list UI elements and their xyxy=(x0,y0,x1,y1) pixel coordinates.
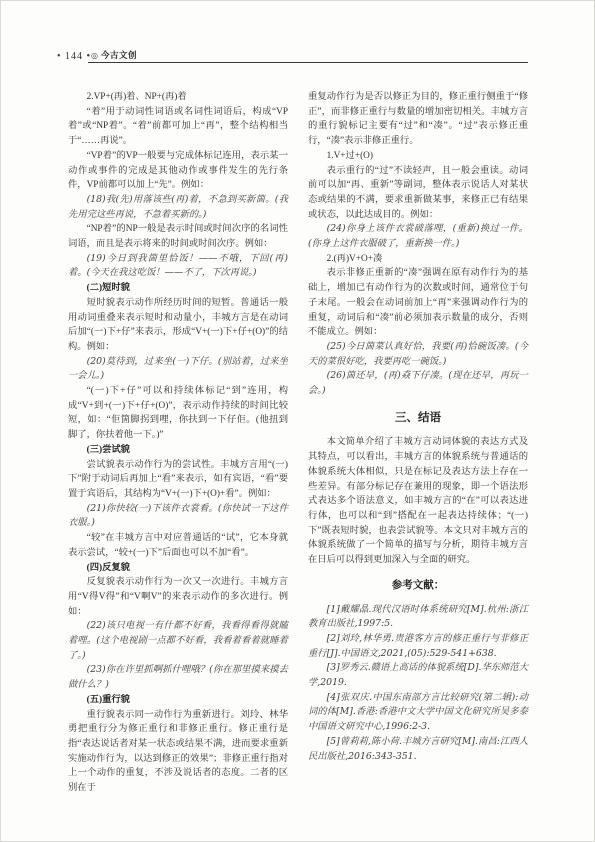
body-paragraph: 表示非修正重新的“凑”强调在原有动作行为的基础上，增加已有动作行为的次数或时间，… xyxy=(308,266,528,340)
reference-item: [3]罗秀云.赣语上高话的体貌系统[D].华东师范大学,2019. xyxy=(308,661,528,690)
dialect-example: (26)箇还早，(再)猋下仔凑。(现在还早，再玩一会。) xyxy=(308,369,528,398)
body-paragraph: 重行貌表示同一动作行为重新进行。刘玲、林华勇把重行分为修正重行和非修正重行。修正… xyxy=(68,708,288,796)
body-paragraph: 尝试貌表示动作行为的尝试性。丰城方言用“(一)下”附于动词后再加上“看”来表示，… xyxy=(68,458,288,502)
article-body: 2.VP+(再)着、NP+(再)着“着”用于动词性词语或名词性词语后，构成“VP… xyxy=(68,90,528,796)
body-paragraph: “较”在丰城方言中对应普通话的“试”，它本身就表示尝试，“较+(一)下”后面也可… xyxy=(68,531,288,560)
journal-seal-icon: ◎ xyxy=(90,51,99,60)
dialect-example: (24)你身上该件衣裳破落哩，(重新)换过一件。(你身上这件衣服破了，重新换一件… xyxy=(308,222,528,251)
section-heading: (二)短时貌 xyxy=(68,281,288,296)
body-paragraph: 本文简单介绍了丰城方言动词体貌的表达方式及其特点，可以看出，丰城方言的体貌系统与… xyxy=(308,435,528,567)
header-rule xyxy=(88,62,528,63)
body-paragraph: “(一)下+仔”可以和持续体标记“到”连用，构成“V+到+(一)下+仔+(O)”… xyxy=(68,384,288,443)
references-heading: 参考文献： xyxy=(308,579,528,594)
pattern-subheading: 2.(再)V+O+凑 xyxy=(308,252,528,267)
section-heading: (四)反复貌 xyxy=(68,561,288,576)
reference-item: [4]张双庆.中国东南部方言比较研究(第二辑):动词的体[M].香港:香港中文大… xyxy=(308,691,528,735)
dialect-example: (22)该只电视一有什都不好看，我看得看得就瞌着哩。(这个电视剧一点都不好看，我… xyxy=(68,619,288,663)
page-number: • 144 • xyxy=(57,51,91,62)
left-column: 2.VP+(再)着、NP+(再)着“着”用于动词性词语或名词性词语后，构成“VP… xyxy=(68,90,288,796)
body-paragraph: “着”用于动词性词语或名词性词语后，构成“VP着”或“NP着”。“着”前都可加上… xyxy=(68,105,288,149)
reference-item: [1]戴耀晶.现代汉语时体系统研究[M].杭州:浙江教育出版社,1997:5. xyxy=(308,603,528,632)
body-paragraph: “NP着”的NP一般是表示时间或时间次序的名词性词语，而且是表示将来的时间或时间… xyxy=(68,222,288,251)
section-heading: (五)重行貌 xyxy=(68,693,288,708)
body-paragraph: 重复动作行为是否以修正为目的，修正重行侧重于“修正”，而非修正重行与数量的增加密… xyxy=(308,90,528,149)
body-paragraph: 表示重行的“过”不读轻声，且一般会重读。动词前可以加“再、重新”等副词，整体表示… xyxy=(308,164,528,223)
dialect-example: (23)你在许里抓啊抓什哩哦？(你在那里摸来摸去做什么？) xyxy=(68,663,288,692)
dialect-example: (25)今日箇菜认真好恰，我要(再)恰碗饭凑。(今天的菜很好吃，我要再吃一碗饭。… xyxy=(308,340,528,369)
journal-logo: ◎ 今古文创 xyxy=(90,49,137,61)
dialect-example: (21)你快较(一)下该件衣裳看。(你快试一下这件衣服。) xyxy=(68,502,288,531)
dialect-example: (20)莫待到，过来坐(一)下仔。(别站着，过来坐一会儿。) xyxy=(68,355,288,384)
reference-item: [2]刘玲,林华勇.贵港客方言的修正重行与非修正重行[J].中国语文,2021,… xyxy=(308,632,528,661)
dialect-example: (19)今日到我箇里恰饭！——不哦，下回(再)着。(今天在我这吃饭！——不了，下… xyxy=(68,252,288,281)
body-paragraph: 短时貌表示动作所经历时间的短暂。普通话一般用动词重叠来表示短时和动量小，丰城方言… xyxy=(68,296,288,355)
reference-item: [5]曾莉莉,陈小荷.丰城方言研究[M].南昌:江西人民出版社,2016:343… xyxy=(308,735,528,764)
journal-logo-text: 今古文创 xyxy=(101,49,137,61)
body-paragraph: “VP着”的VP一般要与完成体标记连用，表示某一动作或事件的完成是其他动作或事件… xyxy=(68,149,288,193)
journal-page: • 144 • ◎ 今古文创 2.VP+(再)着、NP+(再)着“着”用于动词性… xyxy=(0,0,595,842)
body-paragraph: 反复貌表示动作行为一次又一次进行。丰城方言用“V得V得”和“V啊V”的来表示动作… xyxy=(68,575,288,619)
dialect-example: (18)我(先)用落该些(再)着，不急到买新箇。(我先用完这些再说，不急着买新的… xyxy=(68,193,288,222)
right-column: 重复动作行为是否以修正为目的，修正重行侧重于“修正”，而非修正重行与数量的增加密… xyxy=(308,90,528,796)
section-heading: (三)尝试貌 xyxy=(68,443,288,458)
pattern-subheading: 1.V+过+(O) xyxy=(308,149,528,164)
pattern-subheading: 2.VP+(再)着、NP+(再)着 xyxy=(68,90,288,105)
conclusion-heading: 三、结语 xyxy=(308,411,528,426)
